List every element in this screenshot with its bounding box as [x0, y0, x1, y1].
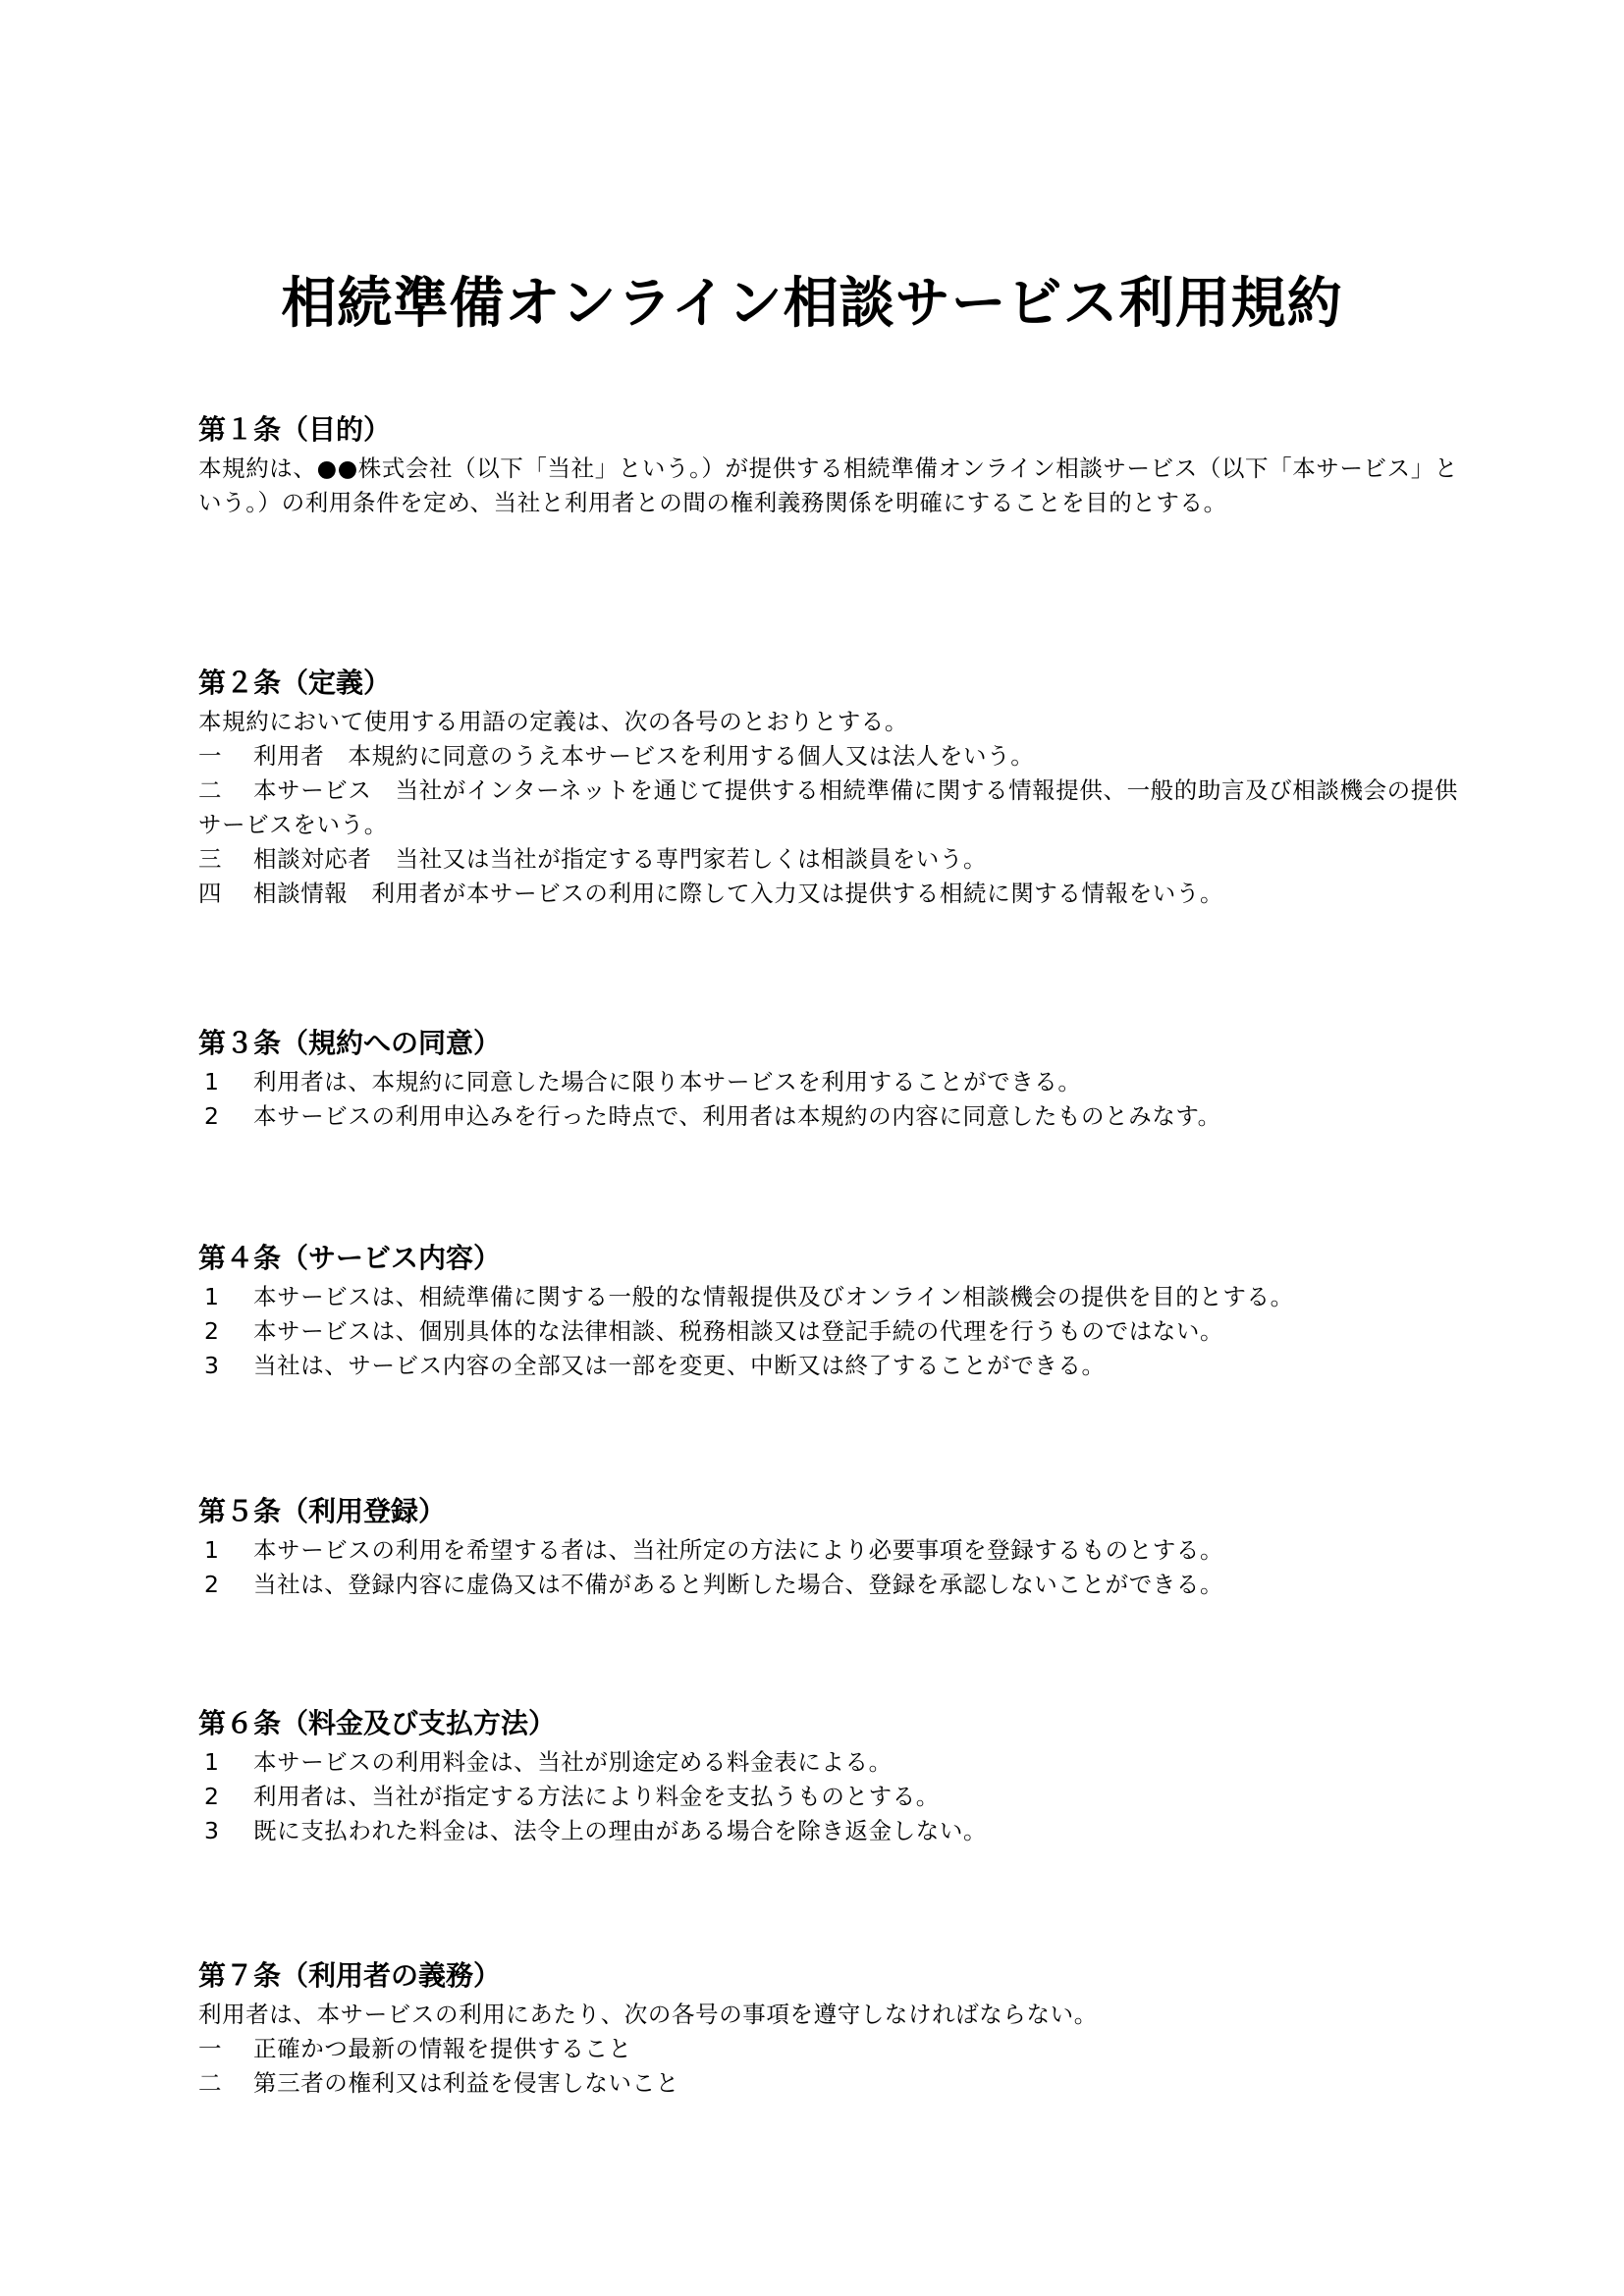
item-text: 本サービス 当社がインターネットを通じて提供する相続準備に関する情報提供、一般的… — [198, 774, 1475, 842]
clause-item: 1 本サービスの利用料金は、当社が別途定める料金表による。 — [198, 1745, 1475, 1780]
item-marker: 1 — [198, 1745, 253, 1780]
definition-item: 三 相談対応者 当社又は当社が指定する専門家若しくは相談員をいう。 — [198, 842, 1475, 877]
article-heading: 第５条（利用登録） — [198, 1492, 1475, 1531]
article-paragraph: 利用者は、本サービスの利用にあたり、次の各号の事項を遵守しなければならない。 — [198, 1998, 1475, 2032]
clause-item: 2 本サービスは、個別具体的な法律相談、税務相談又は登記手続の代理を行うものでは… — [198, 1314, 1475, 1349]
obligation-item: 一 正確かつ最新の情報を提供すること — [198, 2032, 1475, 2066]
article-heading: 第２条（定義） — [198, 664, 1475, 703]
item-marker: 3 — [198, 1349, 253, 1383]
definition-item: 四 相談情報 利用者が本サービスの利用に際して入力又は提供する相続に関する情報を… — [198, 877, 1475, 911]
item-text: 既に支払われた料金は、法令上の理由がある場合を除き返金しない。 — [253, 1814, 1475, 1848]
item-text: 利用者は、当社が指定する方法により料金を支払うものとする。 — [253, 1780, 1475, 1814]
item-marker: 2 — [198, 1099, 253, 1134]
article-6: 第６条（料金及び支払方法） 1 本サービスの利用料金は、当社が別途定める料金表に… — [198, 1704, 1475, 1848]
clause-item: 1 本サービスの利用を希望する者は、当社所定の方法により必要事項を登録するものと… — [198, 1533, 1475, 1568]
article-7: 第７条（利用者の義務） 利用者は、本サービスの利用にあたり、次の各号の事項を遵守… — [198, 1956, 1475, 2101]
clause-item: 3 既に支払われた料金は、法令上の理由がある場合を除き返金しない。 — [198, 1814, 1475, 1848]
article-heading: 第４条（サービス内容） — [198, 1239, 1475, 1278]
clause-item: 1 利用者は、本規約に同意した場合に限り本サービスを利用することができる。 — [198, 1065, 1475, 1099]
obligation-item: 二 第三者の権利又は利益を侵害しないこと — [198, 2066, 1475, 2101]
clause-item: 2 本サービスの利用申込みを行った時点で、利用者は本規約の内容に同意したものとみ… — [198, 1099, 1475, 1134]
article-3: 第３条（規約への同意） 1 利用者は、本規約に同意した場合に限り本サービスを利用… — [198, 1024, 1475, 1134]
item-text: 本サービスは、個別具体的な法律相談、税務相談又は登記手続の代理を行うものではない… — [253, 1314, 1475, 1349]
item-text: 当社は、登録内容に虚偽又は不備があると判断した場合、登録を承認しないことができる… — [253, 1568, 1475, 1602]
item-text: 利用者は、本規約に同意した場合に限り本サービスを利用することができる。 — [253, 1065, 1475, 1099]
article-paragraph: 本規約は、●●株式会社（以下「当社」という。）が提供する相続準備オンライン相談サ… — [198, 452, 1475, 520]
clause-item: 3 当社は、サービス内容の全部又は一部を変更、中断又は終了することができる。 — [198, 1349, 1475, 1383]
item-marker: 2 — [198, 1568, 253, 1602]
item-text: 利用者 本規約に同意のうえ本サービスを利用する個人又は法人をいう。 — [198, 739, 1475, 774]
item-text: 当社は、サービス内容の全部又は一部を変更、中断又は終了することができる。 — [253, 1349, 1475, 1383]
item-text: 相談対応者 当社又は当社が指定する専門家若しくは相談員をいう。 — [198, 842, 1475, 877]
article-heading: 第３条（規約への同意） — [198, 1024, 1475, 1063]
item-marker: 1 — [198, 1280, 253, 1314]
article-heading: 第７条（利用者の義務） — [198, 1956, 1475, 1996]
clause-item: 1 本サービスは、相続準備に関する一般的な情報提供及びオンライン相談機会の提供を… — [198, 1280, 1475, 1314]
item-marker: 3 — [198, 1814, 253, 1848]
article-paragraph: 本規約において使用する用語の定義は、次の各号のとおりとする。 — [198, 705, 1475, 739]
clause-item: 2 利用者は、当社が指定する方法により料金を支払うものとする。 — [198, 1780, 1475, 1814]
item-marker: 1 — [198, 1533, 253, 1568]
document-title: 相続準備オンライン相談サービス利用規約 — [0, 273, 1624, 336]
article-5: 第５条（利用登録） 1 本サービスの利用を希望する者は、当社所定の方法により必要… — [198, 1492, 1475, 1602]
item-text: 相談情報 利用者が本サービスの利用に際して入力又は提供する相続に関する情報をいう… — [198, 877, 1475, 911]
article-4: 第４条（サービス内容） 1 本サービスは、相続準備に関する一般的な情報提供及びオ… — [198, 1239, 1475, 1383]
item-marker: 2 — [198, 1780, 253, 1814]
article-1: 第１条（目的） 本規約は、●●株式会社（以下「当社」という。）が提供する相続準備… — [198, 410, 1475, 520]
article-heading: 第１条（目的） — [198, 410, 1475, 450]
clause-item: 2 当社は、登録内容に虚偽又は不備があると判断した場合、登録を承認しないことがで… — [198, 1568, 1475, 1602]
item-text: 本サービスの利用を希望する者は、当社所定の方法により必要事項を登録するものとする… — [253, 1533, 1475, 1568]
item-text: 正確かつ最新の情報を提供すること — [198, 2032, 1475, 2066]
item-marker: 2 — [198, 1314, 253, 1349]
article-heading: 第６条（料金及び支払方法） — [198, 1704, 1475, 1743]
definition-item: 一 利用者 本規約に同意のうえ本サービスを利用する個人又は法人をいう。 — [198, 739, 1475, 774]
item-text: 第三者の権利又は利益を侵害しないこと — [198, 2066, 1475, 2101]
item-text: 本サービスは、相続準備に関する一般的な情報提供及びオンライン相談機会の提供を目的… — [253, 1280, 1475, 1314]
definition-item: 二 本サービス 当社がインターネットを通じて提供する相続準備に関する情報提供、一… — [198, 774, 1475, 842]
article-2: 第２条（定義） 本規約において使用する用語の定義は、次の各号のとおりとする。 一… — [198, 664, 1475, 911]
item-marker: 1 — [198, 1065, 253, 1099]
item-text: 本サービスの利用料金は、当社が別途定める料金表による。 — [253, 1745, 1475, 1780]
item-text: 本サービスの利用申込みを行った時点で、利用者は本規約の内容に同意したものとみなす… — [253, 1099, 1475, 1134]
